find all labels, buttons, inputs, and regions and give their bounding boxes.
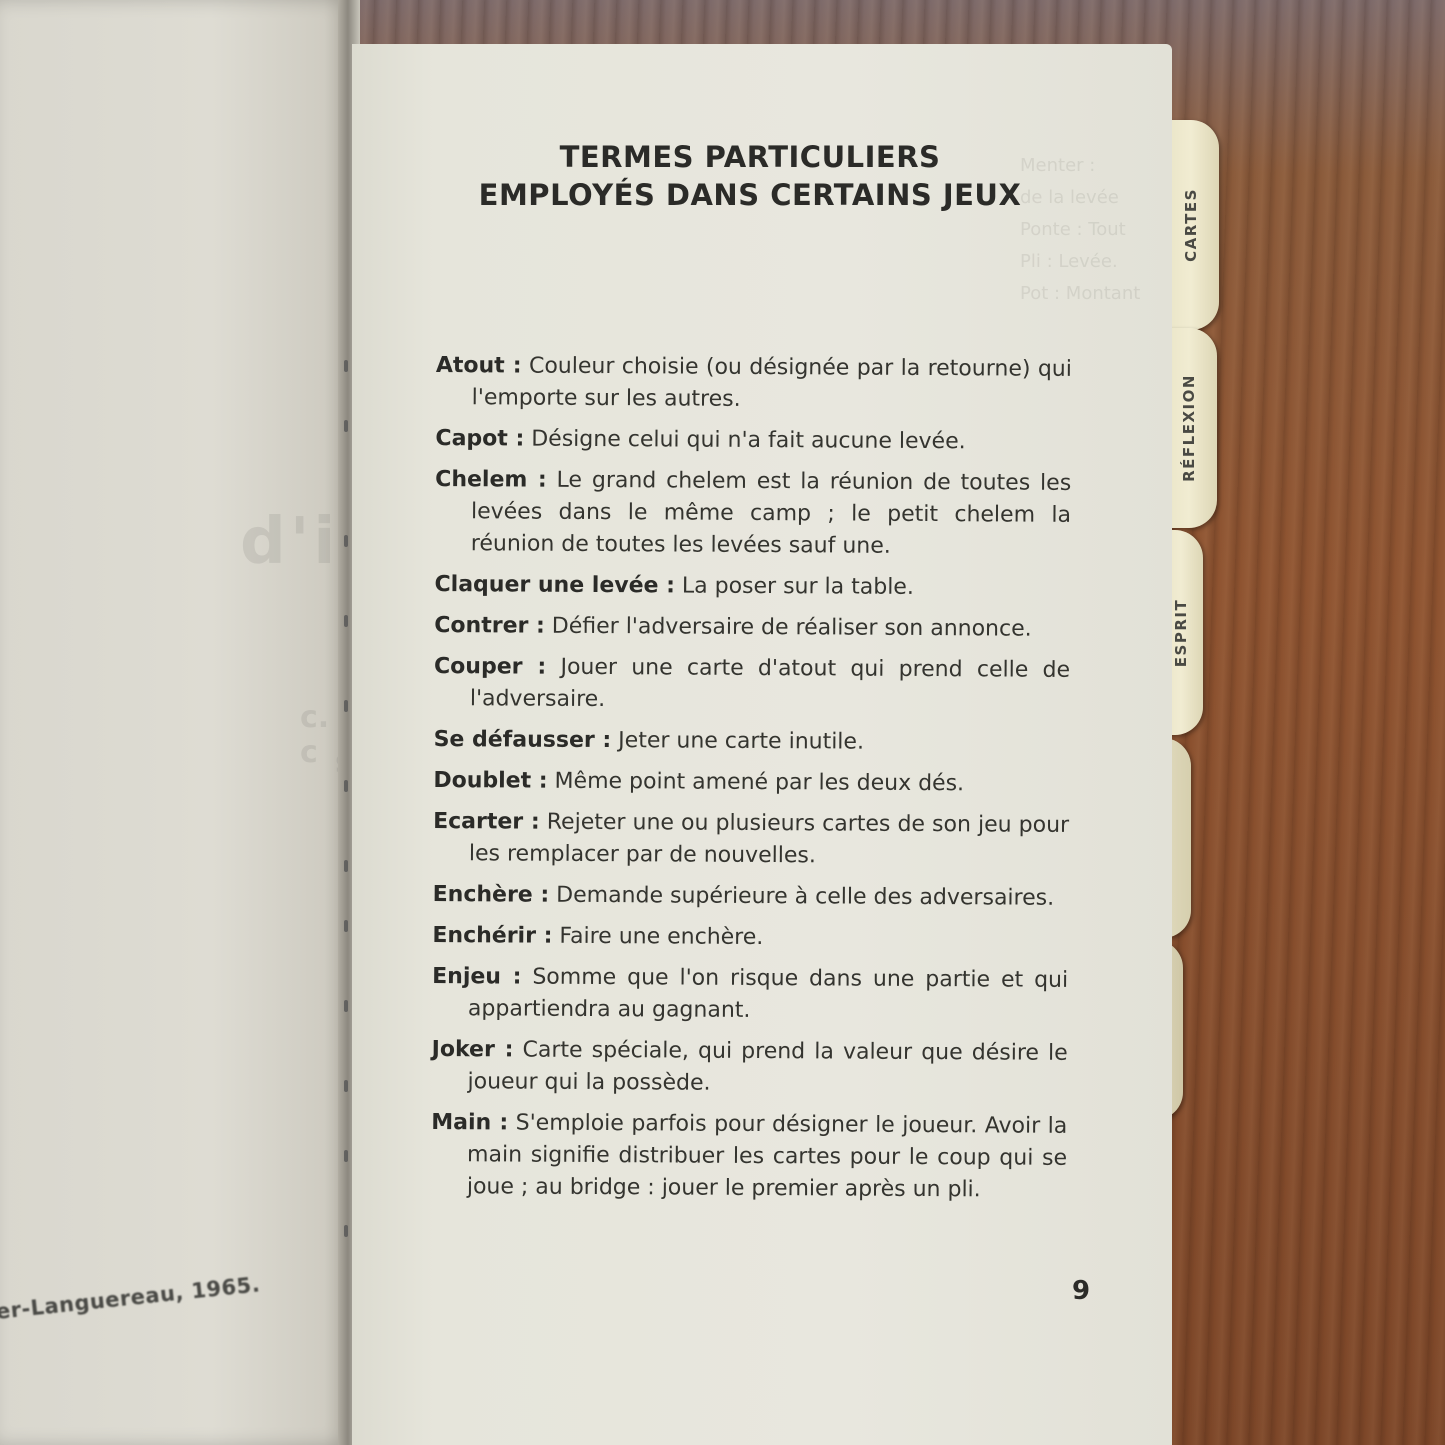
glossary-definition: Demande supérieure à celle des adversair… xyxy=(549,883,1054,911)
glossary-definition: Jeter une carte inutile. xyxy=(611,728,864,755)
glossary-term: Joker : xyxy=(432,1037,514,1062)
glossary-entry: Doublet : Même point amené par les deux … xyxy=(433,765,1069,801)
glossary-definition: Somme que l'on risque dans une partie et… xyxy=(468,965,1068,1023)
tab-label: RÉFLEXION xyxy=(1180,374,1198,482)
glossary-term: Se défausser : xyxy=(434,727,612,753)
glossary-entry: Enchérir : Faire une enchère. xyxy=(432,920,1068,956)
glossary-term: Enchère : xyxy=(433,882,550,908)
glossary-definition: Carte spéciale, qui prend la valeur que … xyxy=(467,1037,1067,1095)
glossary-definition: Rejeter une ou plusieurs cartes de son j… xyxy=(469,810,1069,869)
glossary-term: Chelem : xyxy=(435,467,547,493)
glossary-definition: Jouer une carte d'atout qui prend celle … xyxy=(470,655,1070,712)
glossary-entry: Chelem : Le grand chelem est la réunion … xyxy=(435,464,1072,564)
glossary-entry: Claquer une levée : La poser sur la tabl… xyxy=(434,569,1070,605)
tab-label: CARTES xyxy=(1182,188,1200,262)
glossary-term: Atout : xyxy=(436,353,522,379)
page-number: 9 xyxy=(1072,1276,1090,1306)
glossary-definition: S'emploie parfois pour désigner le joueu… xyxy=(467,1110,1068,1202)
glossary-entry: Capot : Désigne celui qui n'a fait aucun… xyxy=(435,423,1071,459)
glossary-term: Contrer : xyxy=(434,613,545,639)
glossary-term: Main : xyxy=(431,1110,508,1135)
glossary-entry: Se défausser : Jeter une carte inutile. xyxy=(434,724,1070,760)
glossary-definition: Faire une enchère. xyxy=(552,924,763,950)
tab-label: ESPRIT xyxy=(1172,598,1190,666)
glossary-entry: Main : S'emploie parfois pour désigner l… xyxy=(431,1107,1068,1207)
glossary-definition: Couleur choisie (ou désignée par la reto… xyxy=(472,354,1072,412)
glossary-list: Atout : Couleur choisie (ou désignée par… xyxy=(431,350,1072,1216)
glossary-term: Claquer une levée : xyxy=(434,572,675,598)
glossary-entry: Joker : Carte spéciale, qui prend la val… xyxy=(431,1034,1067,1102)
glossary-term: Enjeu : xyxy=(432,964,521,990)
page-title-line-2: EMPLOYÉS DANS CERTAINS JEUX xyxy=(440,176,1060,214)
glossary-entry: Couper : Jouer une carte d'atout qui pre… xyxy=(434,651,1070,719)
glossary-term: Enchérir : xyxy=(432,923,552,949)
glossary-definition: Désigne celui qui n'a fait aucune levée. xyxy=(524,427,966,455)
publisher-imprint: er-Languereau, 1965. xyxy=(0,1272,261,1324)
glossary-entry: Enchère : Demande supérieure à celle des… xyxy=(433,879,1069,915)
glossary-definition: Le grand chelem est la réunion de toutes… xyxy=(471,468,1072,559)
glossary-term: Couper : xyxy=(434,654,546,680)
left-page: d'inté c. c s er-Languereau, 1965. xyxy=(0,0,352,1445)
page-title-line-1: TERMES PARTICULIERS xyxy=(440,138,1060,176)
glossary-term: Capot : xyxy=(435,426,524,452)
glossary-definition: Défier l'adversaire de réaliser son anno… xyxy=(545,614,1032,642)
glossary-entry: Enjeu : Somme que l'on risque dans une p… xyxy=(432,961,1068,1029)
glossary-definition: La poser sur la table. xyxy=(675,573,914,599)
page-title: TERMES PARTICULIERS EMPLOYÉS DANS CERTAI… xyxy=(440,138,1060,214)
glossary-term: Ecarter : xyxy=(433,809,540,835)
glossary-entry: Ecarter : Rejeter une ou plusieurs carte… xyxy=(433,806,1069,874)
glossary-definition: Même point amené par les deux dés. xyxy=(548,769,965,797)
glossary-entry: Atout : Couleur choisie (ou désignée par… xyxy=(436,350,1072,418)
glossary-entry: Contrer : Défier l'adversaire de réalise… xyxy=(434,610,1070,646)
glossary-term: Doublet : xyxy=(433,768,547,794)
